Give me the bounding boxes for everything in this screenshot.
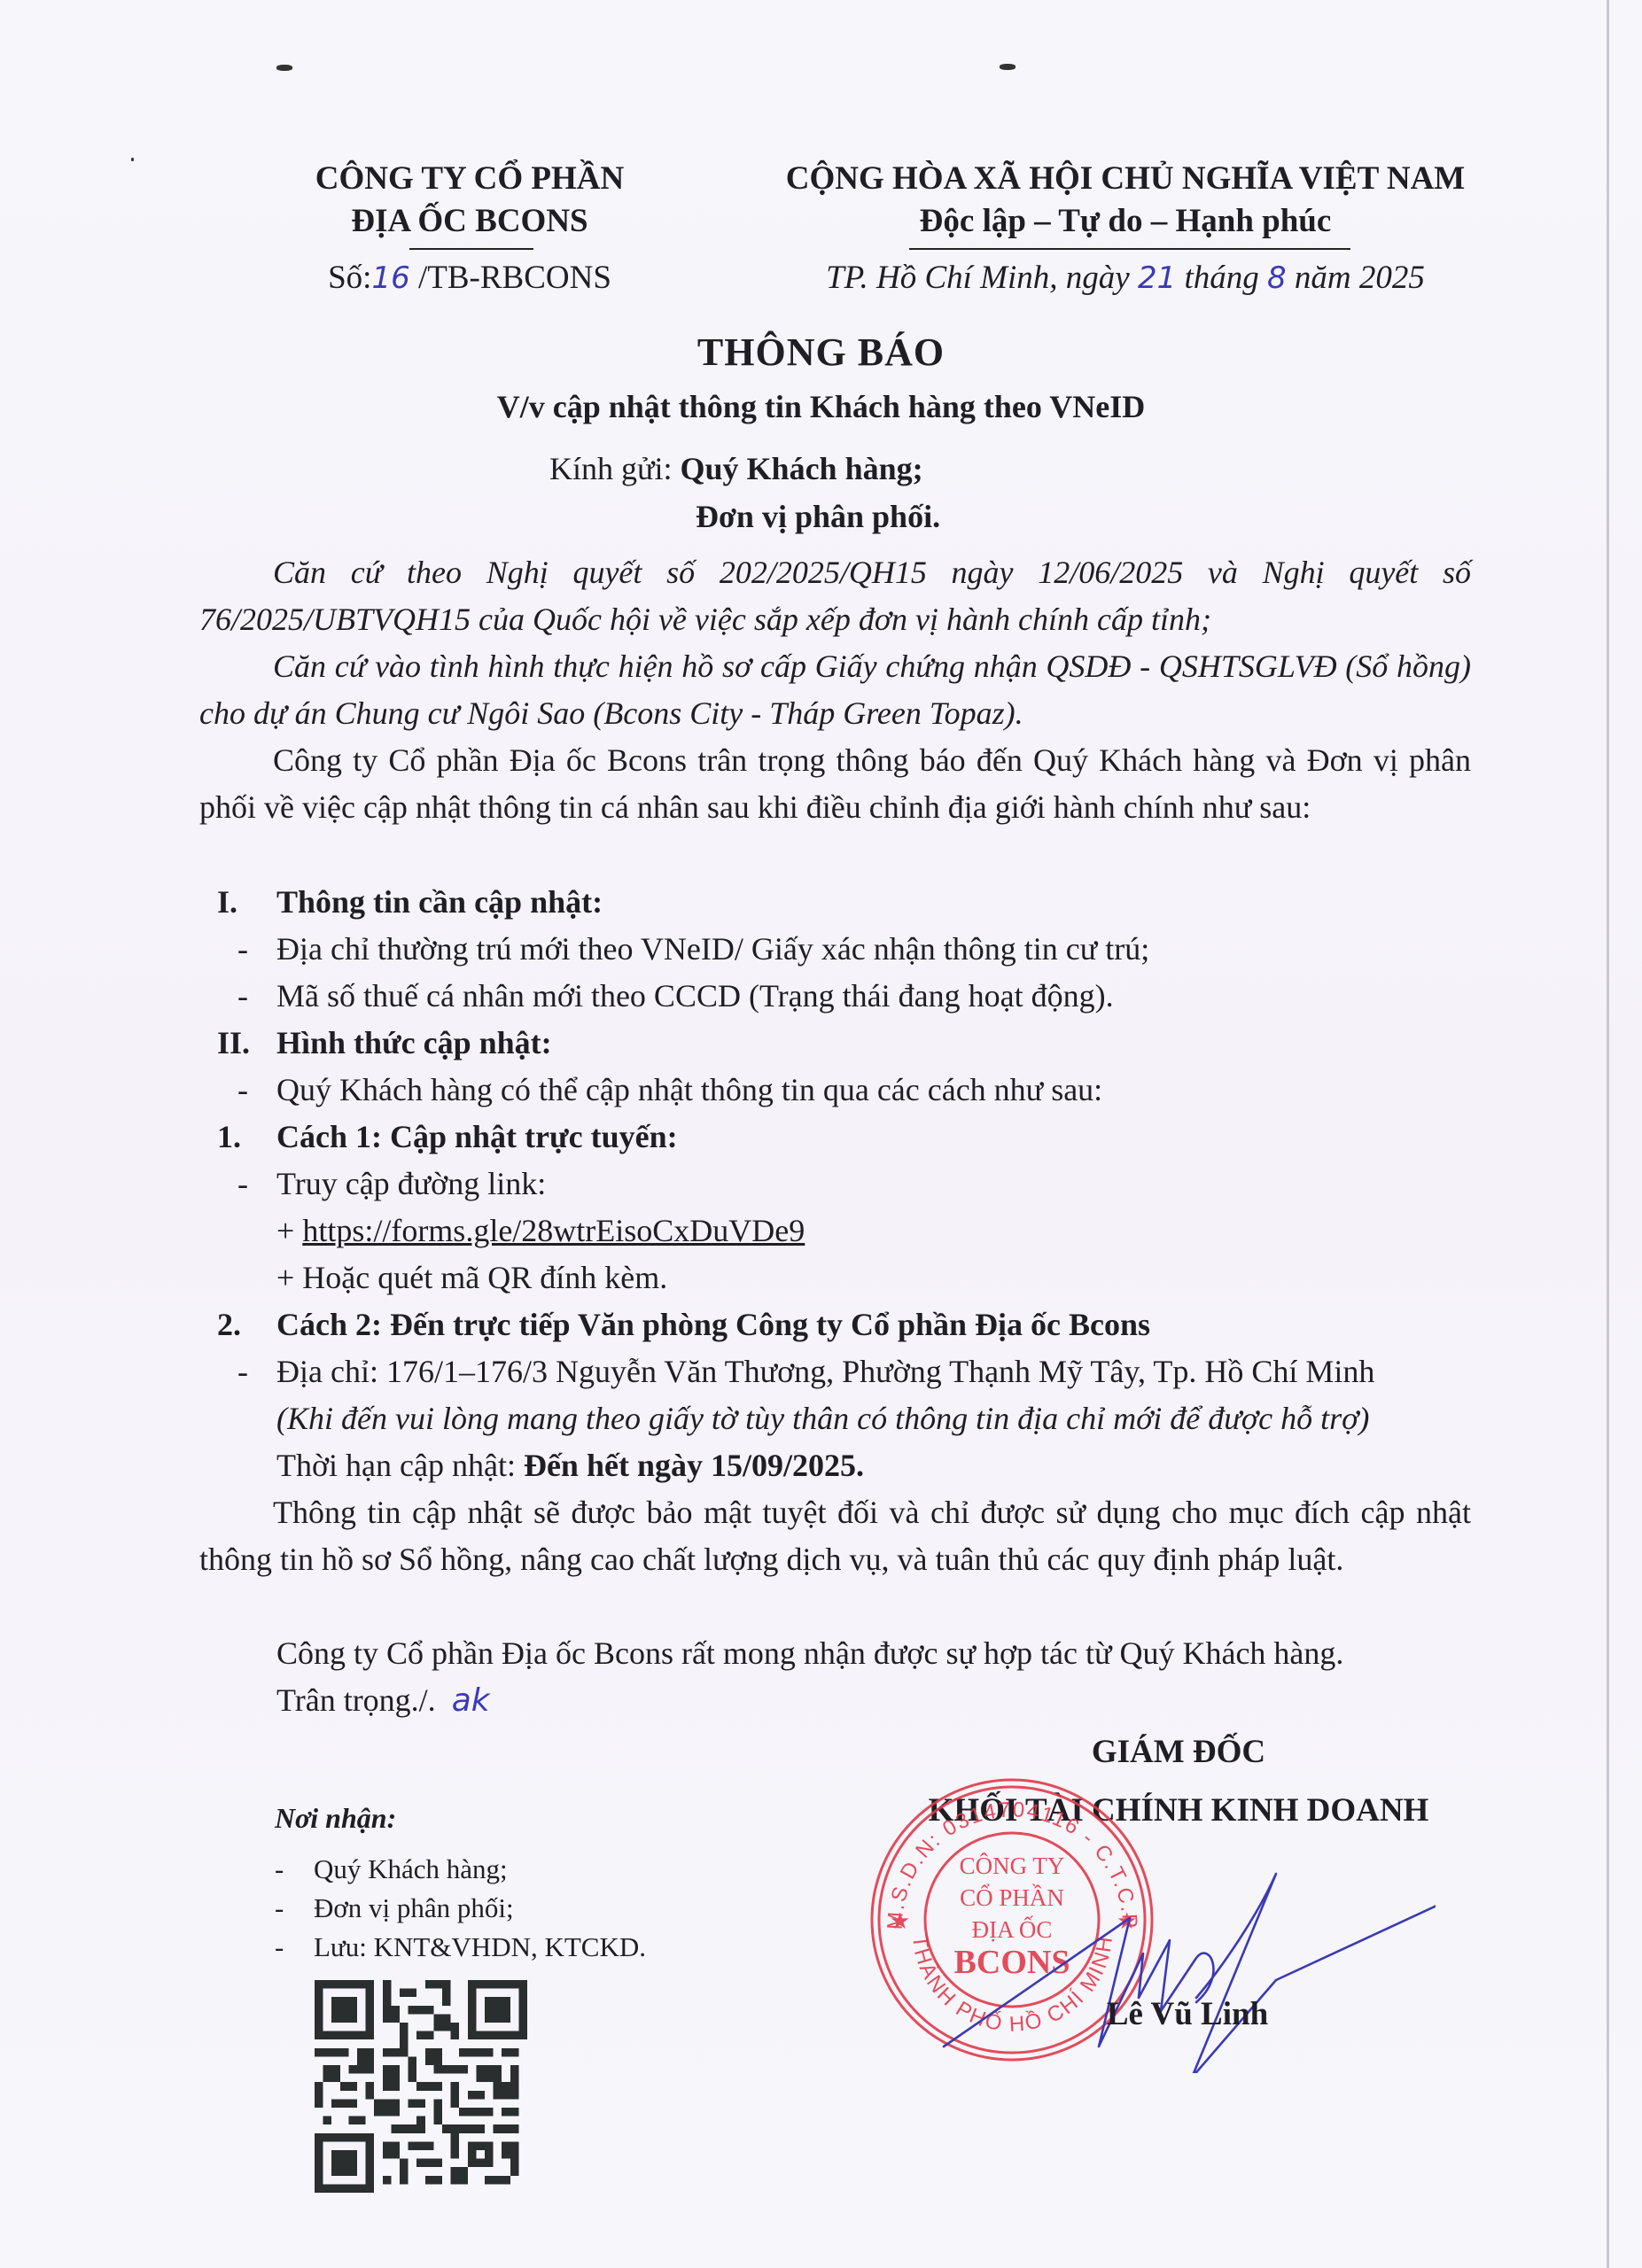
handwritten-month: 8 — [1267, 260, 1287, 296]
closing-sentence: Công ty Cổ phần Địa ốc Bcons rất mong nh… — [276, 1630, 1343, 1677]
method-2-marker: 2. — [217, 1301, 241, 1348]
method-1-link-line: + https://forms.gle/28wtrEisoCxDuVDe9 — [276, 1208, 805, 1254]
section-2-marker: II. — [217, 1020, 250, 1067]
privacy-paragraph: Thông tin cập nhật sẽ được bảo mật tuyệt… — [199, 1489, 1471, 1583]
greeting: Kính gửi: Quý Khách hàng; Đơn vị phân ph… — [549, 445, 940, 540]
handwritten-initials: ak — [452, 1682, 490, 1719]
section-2-heading: Hình thức cập nhật: — [276, 1020, 552, 1067]
recipient-item: -Quý Khách hàng; — [275, 1850, 646, 1889]
document-number: Số:16 /TB-RBCONS — [292, 257, 647, 299]
bullet-dash: - — [237, 926, 248, 973]
method-2-note: (Khi đến vui lòng mang theo giấy tờ tùy … — [276, 1395, 1369, 1442]
national-name: CỘNG HÒA XÃ HỘI CHỦ NGHĨA VIỆT NAM — [735, 158, 1515, 200]
section-1-item-1: Địa chỉ thường trú mới theo VNeID/ Giấy … — [276, 926, 1149, 973]
motto-underline — [909, 248, 1350, 250]
company-name-line2: ĐỊA ỐC BCONS — [248, 200, 691, 243]
bullet-dash: - — [237, 1067, 248, 1114]
handwritten-day: 21 — [1138, 260, 1176, 296]
signer-name: Lê Vũ Linh — [877, 1995, 1498, 2033]
method-1-qr-note: + Hoặc quét mã QR đính kèm. — [276, 1254, 667, 1301]
company-name-line1: CÔNG TY CỔ PHẦN — [248, 158, 691, 200]
regards-line: Trân trọng./. ak — [276, 1677, 490, 1724]
handwritten-doc-number: 16 — [371, 260, 409, 296]
method-1-heading: Cách 1: Cập nhật trực tuyến: — [276, 1114, 678, 1161]
basis-paragraph-1: Căn cứ theo Nghị quyết số 202/2025/QH15 … — [199, 549, 1471, 643]
document-page: CÔNG TY CỔ PHẦN ĐỊA ỐC BCONS Số:16 /TB-R… — [0, 0, 1642, 2268]
recipient-item: -Đơn vị phân phối; — [275, 1889, 646, 1928]
company-underline — [409, 248, 533, 250]
document-subject: V/v cập nhật thông tin Khách hàng theo V… — [0, 388, 1642, 425]
recipient-item: -Lưu: KNT&VHDN, KTCKD. — [275, 1928, 646, 1967]
bullet-dash: - — [237, 973, 248, 1020]
scan-speck — [1000, 64, 1016, 70]
section-1-heading: Thông tin cần cập nhật: — [276, 879, 603, 926]
bullet-dash: - — [237, 1161, 248, 1208]
section-1-marker: I. — [217, 879, 237, 926]
date-line: TP. Hồ Chí Minh, ngày 21 tháng 8 năm 202… — [735, 257, 1515, 299]
greeting-recipient-1: Quý Khách hàng; — [681, 451, 923, 486]
section-1-item-2: Mã số thuế cá nhân mới theo CCCD (Trạng … — [276, 973, 1114, 1020]
section-2-item-1: Quý Khách hàng có thể cập nhật thông tin… — [276, 1067, 1102, 1114]
method-2-address: Địa chỉ: 176/1–176/3 Nguyễn Văn Thương, … — [276, 1348, 1374, 1395]
document-title: THÔNG BÁO — [0, 330, 1642, 375]
scan-speck — [276, 65, 292, 71]
handwritten-signature — [904, 1807, 1436, 2073]
recipients-heading: Nơi nhận: — [275, 1798, 646, 1837]
qr-code-image — [315, 1980, 527, 2193]
basis-paragraph-2: Căn cứ vào tình hình thực hiện hồ sơ cấp… — [199, 643, 1471, 737]
bullet-dash: - — [237, 1348, 248, 1395]
national-motto: Độc lập – Tự do – Hạnh phúc — [735, 200, 1515, 243]
national-header: CỘNG HÒA XÃ HỘI CHỦ NGHĨA VIỆT NAM Độc l… — [735, 158, 1515, 243]
method-1-marker: 1. — [217, 1114, 241, 1161]
recipients-block: Nơi nhận: -Quý Khách hàng; -Đơn vị phân … — [275, 1798, 646, 1967]
method-2-deadline: Thời hạn cập nhật: Đến hết ngày 15/09/20… — [276, 1442, 864, 1489]
greeting-label: Kính gửi: — [549, 451, 681, 486]
signer-title-1: GIÁM ĐỐC — [868, 1733, 1489, 1771]
deadline-date: Đến hết ngày 15/09/2025. — [524, 1448, 864, 1483]
method-2-heading: Cách 2: Đến trực tiếp Văn phòng Công ty … — [276, 1301, 1150, 1348]
greeting-recipient-2: Đơn vị phân phối. — [549, 493, 940, 540]
registration-form-link[interactable]: https://forms.gle/28wtrEisoCxDuVDe9 — [302, 1213, 805, 1248]
method-1-instruction: Truy cập đường link: — [276, 1161, 546, 1208]
intro-paragraph: Công ty Cổ phần Địa ốc Bcons trân trọng … — [199, 737, 1471, 831]
scan-speck — [131, 158, 134, 161]
company-header: CÔNG TY CỔ PHẦN ĐỊA ỐC BCONS — [248, 158, 691, 243]
